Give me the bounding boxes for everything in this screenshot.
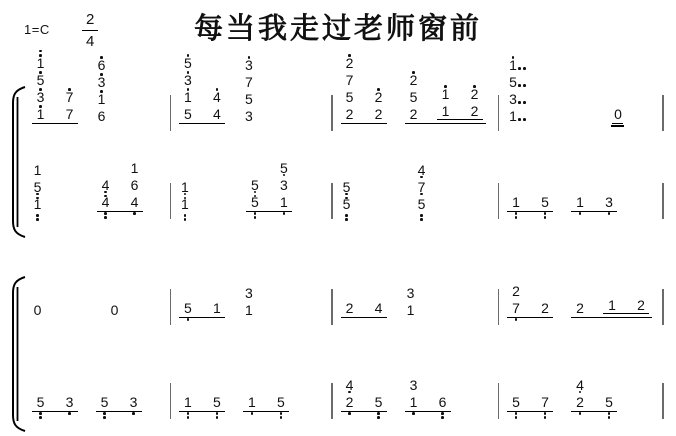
note: 2: [541, 299, 549, 316]
note-number: 2: [576, 395, 584, 410]
note-number: 6: [98, 109, 106, 124]
measure: 2431: [333, 284, 498, 318]
octave-dot: [248, 56, 251, 59]
note-number: 3: [130, 395, 138, 410]
octave-dot: [377, 416, 380, 419]
octave-dot: [132, 412, 135, 415]
beam-group: 425: [571, 376, 617, 412]
octave-dot: [280, 416, 283, 419]
note-column: 1: [211, 299, 222, 316]
octave-dot: [100, 56, 103, 59]
note-number: 1: [512, 195, 520, 210]
note: 6: [98, 56, 106, 73]
measure: 2752222521122: [333, 54, 498, 124]
dots-below: [249, 212, 260, 219]
note-column: 1: [574, 193, 585, 210]
octave-dot: [39, 412, 42, 415]
note: 4: [418, 161, 426, 178]
note-number: 4: [102, 195, 110, 210]
note-number: 5: [37, 395, 45, 410]
octave-dot: [283, 212, 286, 215]
note-number: 7: [512, 301, 520, 316]
note-number: 1: [184, 90, 192, 105]
note-number: 3: [605, 195, 613, 210]
beam-group: 2521122: [405, 71, 486, 124]
note-column: 55: [341, 178, 352, 212]
note-number: 0: [34, 303, 42, 318]
note-number: 1: [407, 303, 415, 318]
note-column: 3753: [243, 56, 254, 124]
note-column: 5315: [182, 54, 193, 122]
note: 7: [245, 73, 253, 90]
dots-above: [66, 88, 74, 91]
beam-group: 272: [507, 282, 553, 318]
note: 5: [512, 393, 520, 410]
note-column: 77: [64, 88, 75, 122]
octave-dot: [39, 50, 42, 53]
dots-below: [182, 412, 193, 419]
duration-dots: [518, 84, 525, 87]
note-column: 1531: [35, 54, 46, 122]
octave-dot: [280, 412, 283, 415]
note-column: 0: [109, 301, 120, 318]
note-number: 3: [37, 90, 45, 105]
octave-dot: [348, 412, 351, 415]
measure: 5353: [24, 393, 170, 412]
measure: 55475: [333, 161, 498, 212]
beam-group: 53: [32, 393, 78, 412]
note-column: 2: [574, 299, 585, 316]
note-number: 1: [509, 109, 517, 124]
beam-group: 531544: [179, 54, 225, 124]
note-column: 5: [275, 393, 286, 410]
octave-dot: [100, 73, 103, 76]
octave-dot: [133, 212, 136, 215]
note-column: 55: [249, 176, 260, 210]
note-number: 7: [245, 75, 253, 90]
octave-dot: [254, 212, 257, 215]
note-column: 2752: [344, 54, 355, 122]
barline: [662, 289, 664, 325]
note-number: 6: [439, 395, 447, 410]
octave-dot: [523, 118, 526, 121]
note-number: 1: [248, 395, 256, 410]
dots-below: [408, 412, 419, 415]
note: 1: [280, 193, 288, 210]
note: 3: [509, 90, 517, 107]
note-number: 1: [98, 92, 106, 107]
note-column: 11: [440, 85, 451, 119]
octave-dot: [515, 416, 518, 419]
beam-group: 57: [507, 393, 553, 412]
note: 1: [410, 393, 418, 410]
octave-dot: [579, 412, 582, 415]
octave-dot: [608, 212, 611, 215]
beam-group: 53: [96, 393, 142, 412]
measure: 15144164: [24, 159, 170, 212]
note-number: 5: [512, 395, 520, 410]
dots-below: [539, 412, 550, 419]
octave-dot: [187, 412, 190, 415]
octave-dot: [187, 71, 190, 74]
note-number: 2: [375, 90, 383, 105]
beam-group: 1122: [437, 85, 483, 120]
duration-dots: [518, 118, 525, 121]
octave-dot: [36, 218, 39, 221]
beam-group: 55531: [246, 159, 292, 212]
note-number: 3: [509, 92, 517, 107]
measure: 5315443753: [171, 54, 331, 124]
note: 2: [410, 105, 418, 122]
note: 2: [512, 282, 520, 299]
note: 7: [346, 71, 354, 88]
note: 5: [101, 393, 109, 410]
octave-dot: [187, 416, 190, 419]
note: 1: [34, 161, 42, 178]
octave-dot: [473, 85, 476, 88]
staff-row-4: 5353151542531657425: [24, 358, 664, 412]
octave-dot: [412, 71, 415, 74]
dots-below: [416, 214, 427, 221]
note-number: 2: [512, 284, 520, 299]
note-number: 6: [98, 58, 106, 73]
beam-group: 51: [179, 299, 225, 318]
note: 3: [130, 393, 138, 410]
dots-above: [245, 56, 253, 59]
note: 7: [512, 299, 520, 316]
note: 5: [245, 90, 253, 107]
note: 5: [34, 178, 42, 195]
octave-dot: [377, 88, 380, 91]
note-number: 5: [346, 90, 354, 105]
note-column: 31: [243, 284, 254, 318]
note-column: 4: [373, 299, 384, 316]
octave-dot: [579, 212, 582, 215]
note-column: 22: [469, 85, 480, 119]
note-number: 2: [346, 56, 354, 71]
octave-dot: [254, 216, 257, 219]
dots-above: [37, 71, 45, 74]
octave-dot: [216, 416, 219, 419]
dots-below: [341, 214, 352, 221]
dots-below: [510, 212, 521, 219]
note: 2: [410, 71, 418, 88]
octave-dot: [251, 412, 254, 415]
note: 0: [614, 105, 622, 122]
dots-below: [373, 412, 384, 419]
note: 3: [245, 284, 253, 301]
octave-dot: [39, 416, 42, 419]
note-number: 2: [375, 107, 383, 122]
octave-dot: [216, 88, 219, 91]
note-column: 6: [437, 393, 448, 410]
note-number: 2: [346, 301, 354, 316]
dots-below: [179, 214, 190, 221]
note: 3: [98, 73, 106, 90]
octave-dot: [377, 412, 380, 415]
note-column: 5: [510, 393, 521, 410]
note: 5: [418, 195, 426, 212]
note: 5: [343, 195, 351, 212]
beam-group: 44164: [97, 159, 143, 212]
note: 4: [102, 193, 110, 210]
note: 5: [343, 178, 351, 195]
beam-group: 15: [179, 393, 225, 412]
barline: [662, 383, 664, 419]
octave-dot: [68, 412, 71, 415]
note-number: 5: [245, 92, 253, 107]
note-number: 1: [34, 197, 42, 212]
note: 1: [181, 195, 189, 212]
beam-group: 15: [243, 393, 289, 412]
note: 4: [346, 376, 354, 393]
note-number: 5: [343, 197, 351, 212]
note: 0: [34, 301, 42, 318]
dots-below: [182, 318, 193, 321]
note: 1: [509, 107, 517, 124]
octave-dot: [103, 416, 106, 419]
note-number: 3: [280, 178, 288, 193]
dots-below: [539, 212, 550, 219]
note-column: 5: [35, 393, 46, 410]
note-column: 1: [182, 393, 193, 410]
note: 5: [37, 71, 45, 88]
note-number: 5: [251, 195, 259, 210]
note: 1: [184, 393, 192, 410]
dots-below: [344, 412, 355, 415]
dots-below: [32, 214, 43, 221]
note-column: 22: [373, 88, 384, 122]
octave-dot: [523, 84, 526, 87]
note-number: 1: [442, 87, 450, 102]
note-number: 1: [34, 163, 42, 178]
dots-above: [37, 88, 45, 91]
octave-dot: [39, 105, 42, 108]
note: 3: [245, 56, 253, 73]
octave-dot: [544, 212, 547, 215]
octave-dot: [515, 318, 518, 321]
dots-below: [510, 412, 521, 419]
note-number: 7: [541, 395, 549, 410]
note-number: 3: [407, 286, 415, 301]
note: 3: [37, 88, 45, 105]
measure: 5131: [171, 284, 331, 318]
dots-below: [211, 412, 222, 419]
note-number: 2: [410, 107, 418, 122]
octave-dot: [39, 88, 42, 91]
octave-dot: [518, 101, 521, 104]
note-number: 3: [184, 73, 192, 88]
octave-dot: [544, 216, 547, 219]
dots-above: [98, 73, 106, 76]
note-column: 31: [408, 376, 419, 410]
dots-below: [246, 412, 257, 415]
dots-above: [98, 56, 106, 59]
note-column: 5: [603, 393, 614, 410]
measure: 1513: [499, 193, 662, 212]
note-column: 5: [99, 393, 110, 410]
note: 2: [346, 299, 354, 316]
note: 3: [410, 376, 418, 393]
note-number: 0: [111, 303, 119, 318]
note-number: 2: [471, 104, 479, 119]
note: 1: [608, 296, 616, 313]
note: 4: [102, 176, 110, 193]
measure: 1515: [171, 393, 331, 412]
note: 1: [442, 85, 450, 102]
song-title: 每当我走过老师窗前: [0, 6, 676, 47]
note-number: 3: [245, 58, 253, 73]
beam-group: 275222: [341, 54, 387, 124]
note: 5: [509, 73, 517, 90]
octave-dot: [512, 56, 515, 59]
note-column: 2: [635, 296, 646, 313]
note: 3: [407, 284, 415, 301]
note: 4: [213, 105, 221, 122]
octave-dot: [515, 412, 518, 415]
dots-above: [375, 88, 383, 91]
note: 1: [512, 193, 520, 210]
note: 5: [184, 54, 192, 71]
dots-above: [37, 105, 45, 108]
octave-dot: [420, 214, 423, 217]
note-column: 44: [211, 88, 222, 122]
note: 1: [37, 105, 45, 122]
octave-dot: [345, 214, 348, 217]
octave-dot: [68, 88, 71, 91]
octave-dot: [608, 412, 611, 415]
note: 0: [111, 301, 119, 318]
octave-dot: [515, 216, 518, 219]
note: 1: [576, 193, 584, 210]
octave-dot: [39, 54, 42, 57]
note-column: 3: [64, 393, 75, 410]
note-number: 1: [576, 195, 584, 210]
dots-below: [437, 412, 448, 419]
note-column: 11: [179, 178, 190, 212]
note-number: 5: [101, 395, 109, 410]
note: 5: [213, 393, 221, 410]
dots-above: [98, 90, 106, 93]
staff-row-1: 15317763165315443753275222252112215310: [24, 42, 664, 124]
note-number: 1: [37, 56, 45, 71]
note: 5: [375, 393, 383, 410]
note-number: 0: [614, 107, 622, 122]
dots-below: [99, 412, 110, 419]
note-number: 1: [245, 303, 253, 318]
note: 2: [375, 105, 383, 122]
beam-group: 316: [405, 376, 451, 412]
note-column: 5: [182, 299, 193, 316]
dots-above: [184, 71, 192, 74]
note-number: 5: [213, 395, 221, 410]
octave-dot: [216, 412, 219, 415]
measure: 272212: [499, 282, 662, 318]
measure: 57425: [499, 376, 662, 412]
note-column: 252: [408, 71, 419, 122]
note: 5: [277, 393, 285, 410]
note: 2: [471, 85, 479, 102]
note: 1: [181, 178, 189, 195]
octave-dot: [544, 416, 547, 419]
measure: 1531776316: [24, 54, 170, 124]
note-number: 4: [131, 195, 139, 210]
note-column: 2: [539, 299, 550, 316]
octave-dot: [184, 214, 187, 217]
octave-dot: [544, 412, 547, 415]
octave-dot: [523, 67, 526, 70]
note-number: 1: [509, 58, 517, 73]
note-column: 164: [129, 159, 140, 210]
dots-below: [64, 412, 75, 415]
octave-dot: [104, 216, 107, 219]
note-number: 2: [346, 395, 354, 410]
note: 5: [410, 88, 418, 105]
note: 2: [346, 54, 354, 71]
note: 6: [98, 107, 106, 124]
note-number: 2: [637, 298, 645, 313]
note-column: 2: [344, 299, 355, 316]
octave-dot: [39, 71, 42, 74]
dots-below: [603, 212, 614, 215]
octave-dot: [348, 54, 351, 57]
note-number: 2: [541, 301, 549, 316]
note: 1: [248, 393, 256, 410]
octave-dot: [104, 212, 107, 215]
note: 7: [541, 393, 549, 410]
note: 2: [471, 102, 479, 119]
measure: 00: [24, 301, 170, 318]
note-column: 27: [510, 282, 521, 316]
note: 2: [576, 299, 584, 316]
note: 3: [280, 176, 288, 193]
dots-below: [510, 318, 521, 321]
note-number: 5: [541, 195, 549, 210]
note: 2: [346, 105, 354, 122]
dots-above: [442, 85, 450, 88]
sheet-music-page: 1=C 2 4 每当我走过老师窗前 1531776316531544375327…: [0, 0, 676, 436]
barline: [662, 183, 664, 219]
note: 1: [407, 301, 415, 318]
note: 5: [251, 176, 259, 193]
duration-dots: [518, 67, 525, 70]
dots-below: [275, 412, 286, 419]
note: 5: [251, 193, 259, 210]
note-number: 1: [442, 104, 450, 119]
dots-below: [129, 212, 140, 215]
beam-group: 24: [341, 299, 387, 318]
note-column: 3: [128, 393, 139, 410]
note-column: 0: [612, 105, 623, 124]
note: 1: [245, 301, 253, 318]
measure: 1155531: [171, 159, 331, 212]
note-number: 4: [213, 107, 221, 122]
note-column: 42: [344, 376, 355, 410]
note-number: 1: [131, 161, 139, 176]
beam-group: 13: [571, 193, 617, 212]
note-number: 4: [375, 301, 383, 316]
beam-group: 425: [341, 376, 387, 412]
note-number: 5: [410, 90, 418, 105]
octave-dot: [36, 214, 39, 217]
note-column: 6316: [96, 56, 107, 124]
note: 3: [66, 393, 74, 410]
octave-dot: [518, 67, 521, 70]
note-number: 5: [375, 395, 383, 410]
note-number: 1: [37, 107, 45, 122]
note: 2: [375, 88, 383, 105]
note: 6: [439, 393, 447, 410]
